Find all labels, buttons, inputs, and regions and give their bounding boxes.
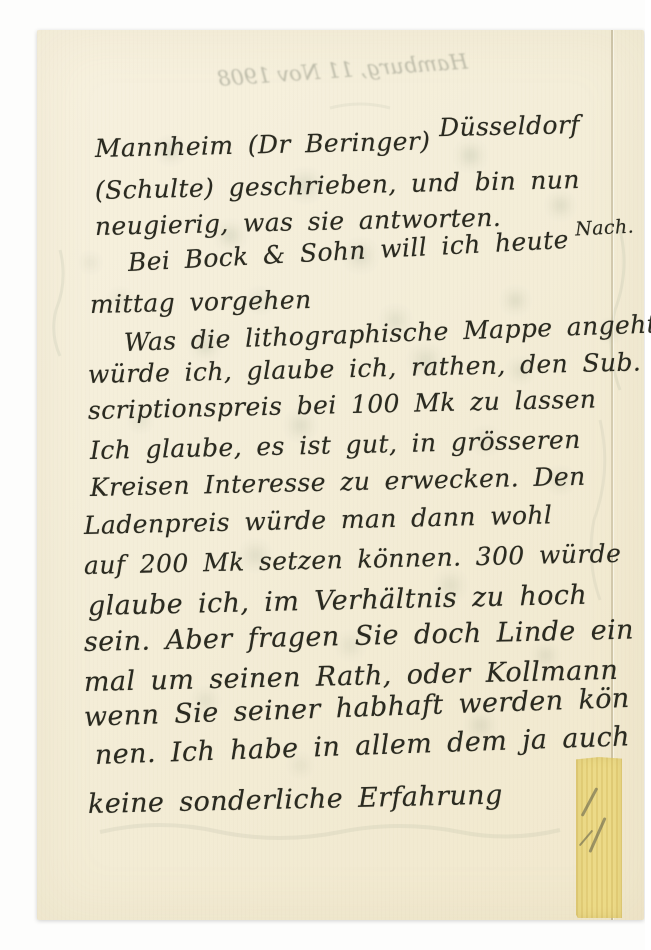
ink-smudges [0, 0, 1, 1]
tape-strip [576, 757, 622, 918]
letter-scan: Hamburg, 11 Nov 1908 Mannheim (Dr Bering… [0, 0, 651, 950]
scan-edge [645, 0, 651, 950]
letter-line: mittag vorgehen [90, 285, 312, 320]
letter-line-tail: Nach. [574, 211, 634, 244]
letter-line-text: Mannheim (Dr Beringer) [95, 126, 431, 163]
letter-line-tail: Düsseldorf [439, 110, 581, 143]
letter-line-text: mittag vorgehen [90, 285, 312, 319]
